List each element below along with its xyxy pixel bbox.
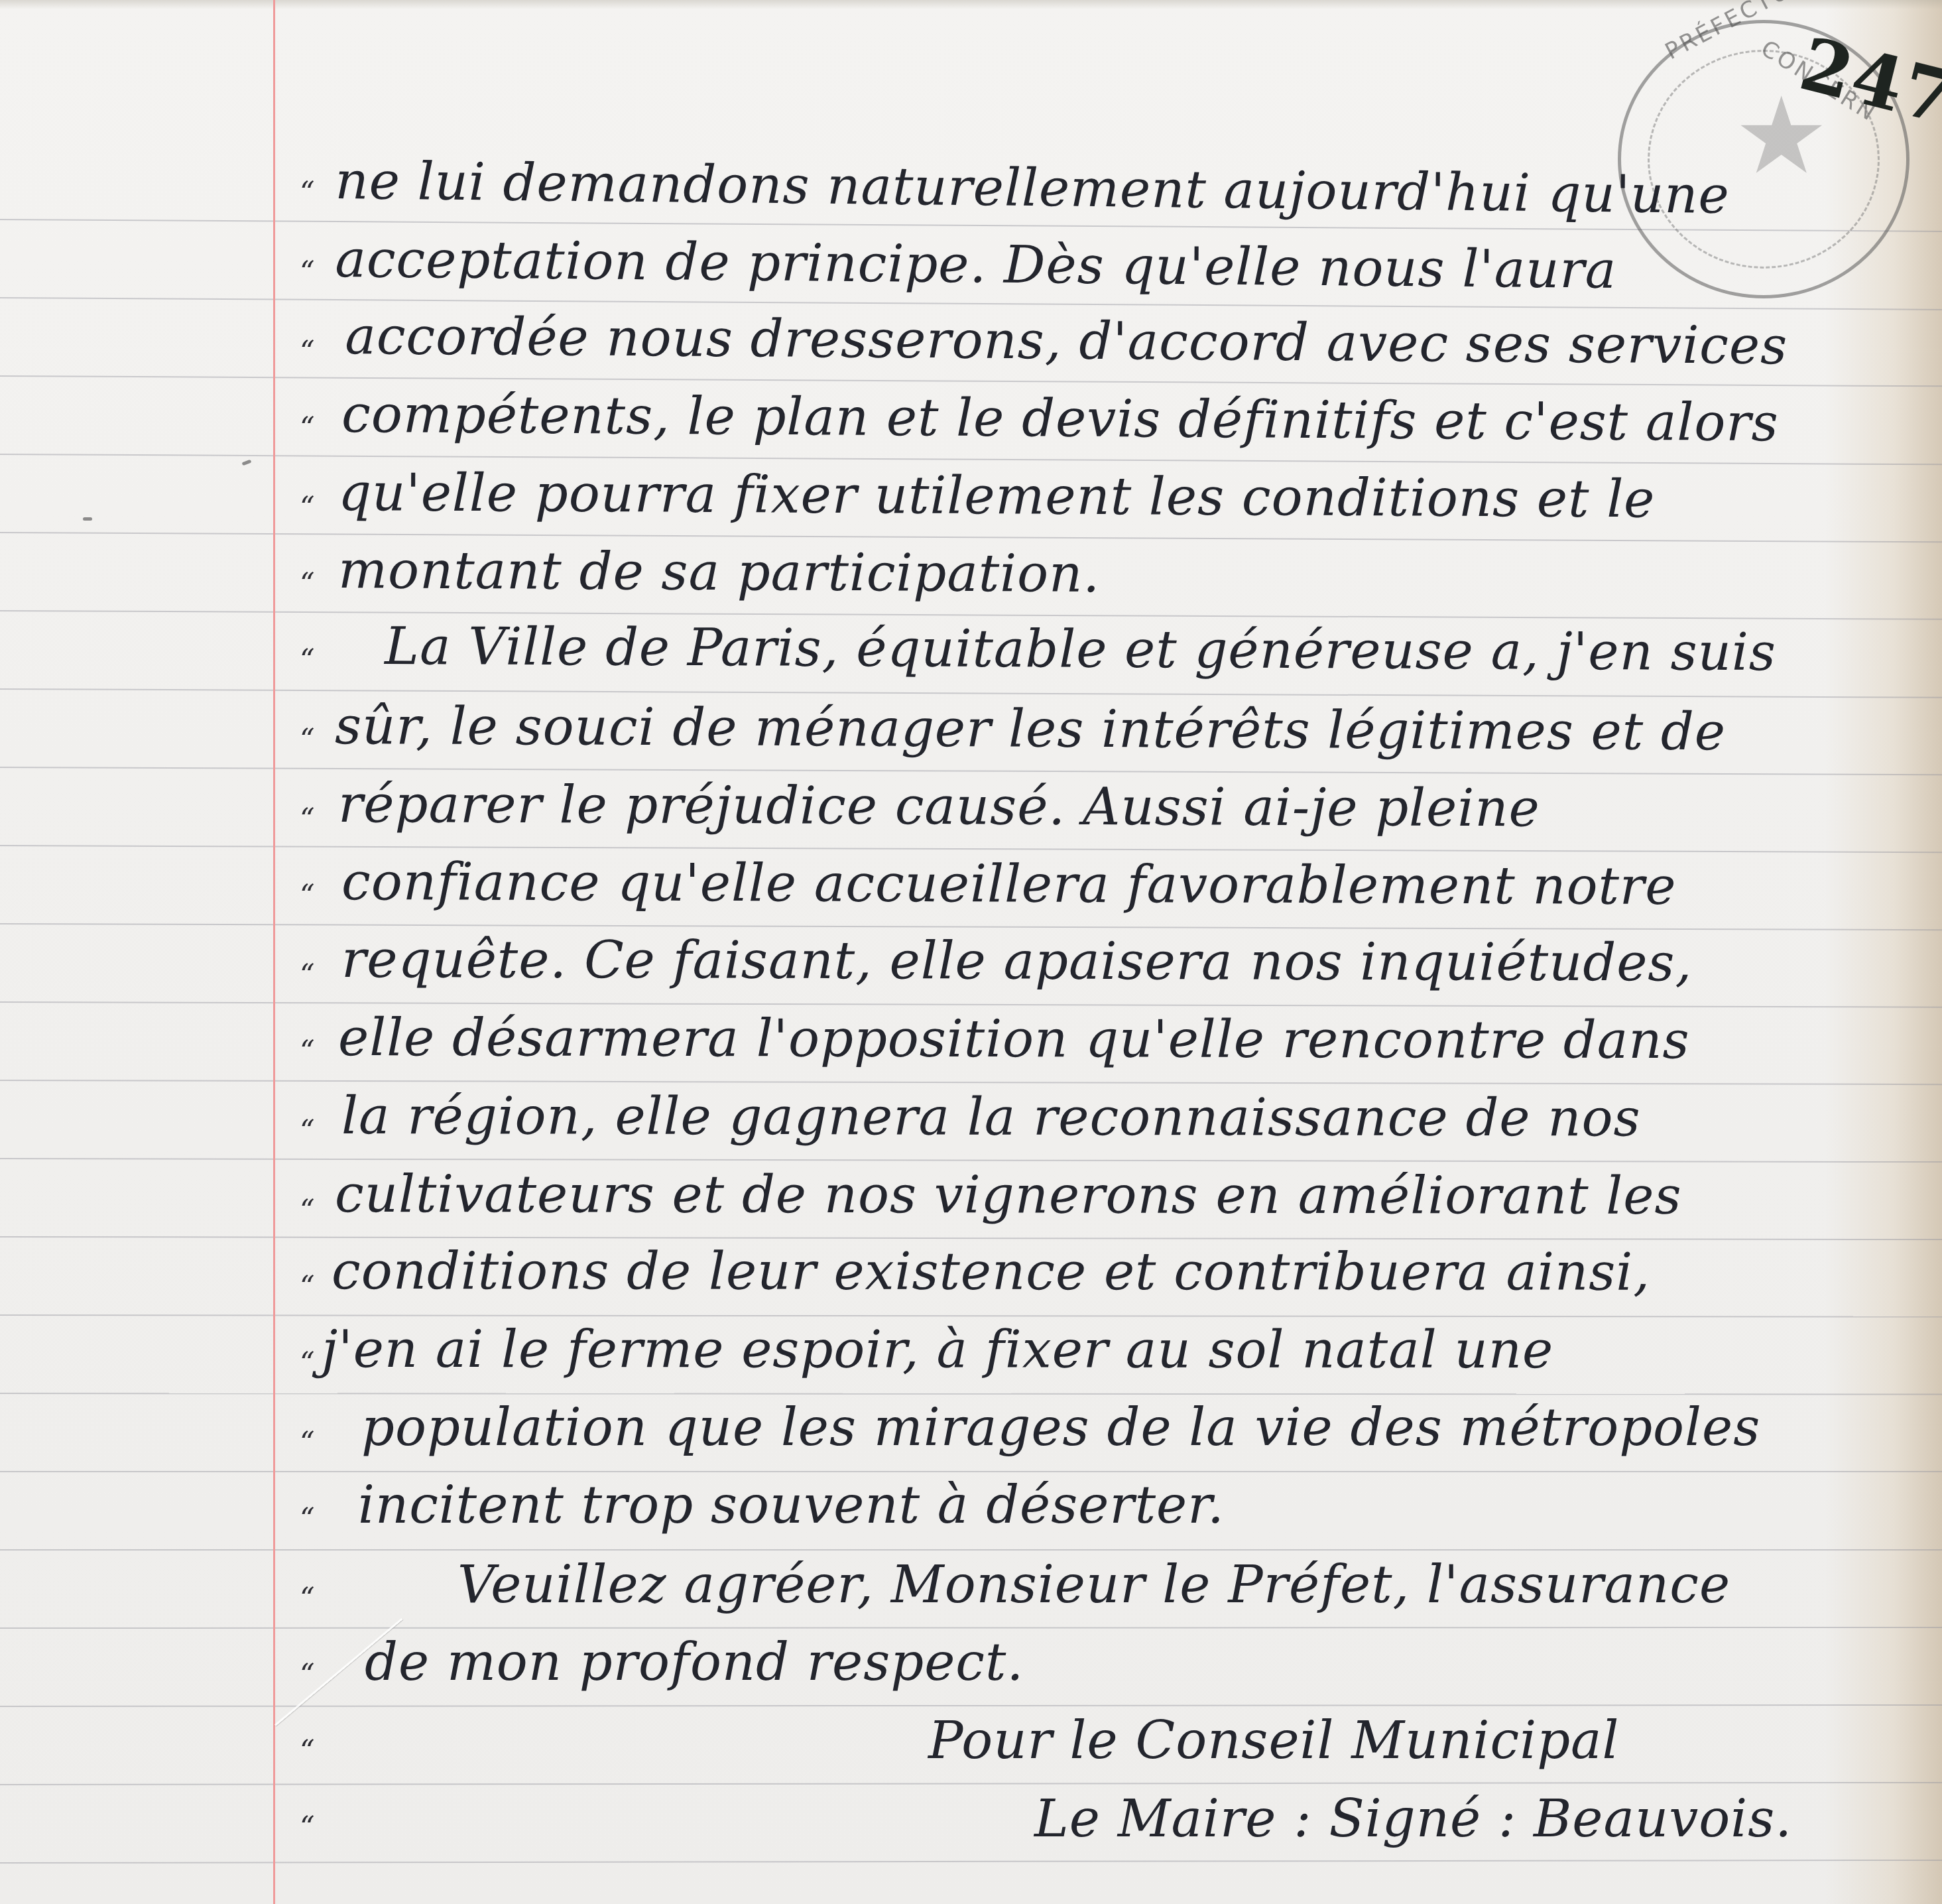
ruled-line (0, 1001, 1942, 1008)
ditto-mark: “ (300, 723, 315, 757)
text-line: la région, elle gagnera la reconnaissanc… (341, 1086, 1641, 1148)
ditto-mark: “ (300, 879, 315, 913)
text-line: La Ville de Paris, équitable et généreus… (385, 617, 1776, 682)
ruled-line (0, 532, 1942, 542)
signature-line-council: Pour le Conseil Municipal (928, 1711, 1620, 1771)
ditto-mark: “ (300, 1658, 315, 1692)
ruled-line (0, 1080, 1942, 1085)
ruled-line (0, 1393, 1942, 1395)
text-line: requête. Ce faisant, elle apaisera nos i… (341, 930, 1692, 993)
ditto-mark: “ (300, 1582, 315, 1616)
page-top-edge (0, 0, 1942, 9)
ruled-line (0, 1471, 1942, 1472)
text-line: ne lui demandons naturellement aujourd'h… (335, 151, 1730, 225)
ruled-line (0, 1860, 1942, 1864)
ruled-line (0, 923, 1942, 930)
ruled-line (0, 845, 1942, 853)
text-line: de mon profond respect. (365, 1633, 1024, 1692)
text-line: Veuillez agréer, Monsieur le Préfet, l'a… (457, 1555, 1730, 1615)
ruled-line (0, 375, 1942, 387)
text-line: qu'elle pourra fixer utilement les condi… (338, 463, 1656, 529)
signature-line-mayor: Le Maire : Signé : Beauvois. (1034, 1789, 1792, 1849)
ditto-mark: “ (300, 176, 315, 210)
ditto-mark: “ (300, 1502, 315, 1536)
ruled-line (0, 1158, 1942, 1163)
ditto-mark: “ (300, 567, 315, 601)
ink-speck (83, 517, 92, 521)
ditto-mark: “ (300, 1114, 315, 1148)
ditto-mark: “ (300, 1270, 315, 1304)
ruled-line (0, 1236, 1942, 1240)
ditto-mark: “ (300, 255, 315, 289)
ruled-line (0, 454, 1942, 465)
text-line: incitent trop souvent à déserter. (358, 1476, 1225, 1535)
text-line: cultivateurs et de nos vignerons en amél… (335, 1165, 1682, 1226)
ruled-line (0, 1704, 1942, 1707)
text-line: j'en ai le ferme espoir, à fixer au sol … (322, 1320, 1553, 1380)
ditto-mark: “ (300, 1426, 315, 1460)
ruled-line (0, 297, 1942, 310)
ditto-mark: “ (300, 1035, 315, 1068)
ditto-mark: “ (300, 491, 315, 525)
text-line: acceptation de principe. Dès qu'elle nou… (335, 229, 1617, 300)
ditto-mark: “ (300, 1734, 315, 1768)
register-page: PRÉFECTURE CONCERN ★ 247 “ “ “ “ “ “ “ “… (0, 0, 1942, 1904)
text-line: confiance qu'elle accueillera favorablem… (341, 852, 1677, 917)
ditto-mark: “ (300, 1346, 315, 1380)
ditto-mark: “ (300, 958, 315, 992)
red-margin-line (273, 0, 275, 1904)
ink-speck (242, 460, 252, 466)
text-line: accordée nous dresserons, d'accord avec … (345, 306, 1788, 376)
text-line: elle désarmera l'opposition qu'elle renc… (338, 1008, 1690, 1070)
ditto-mark: “ (300, 643, 315, 677)
ditto-mark: “ (300, 335, 315, 369)
text-line: conditions de leur existence et contribu… (332, 1241, 1650, 1302)
ruled-line (0, 1314, 1942, 1318)
ditto-mark: “ (300, 802, 315, 836)
ruled-line (0, 688, 1942, 698)
text-line: réparer le préjudice causé. Aussi ai-je … (338, 775, 1540, 838)
text-line: sûr, le souci de ménager les intérêts lé… (335, 696, 1726, 762)
ditto-mark: “ (300, 1810, 315, 1844)
ruled-line (0, 1627, 1942, 1629)
ruled-line (0, 1549, 1942, 1551)
text-line: compétents, le plan et le devis définiti… (341, 385, 1779, 453)
ruled-line (0, 1782, 1942, 1785)
ditto-mark: “ (300, 1194, 315, 1228)
text-line: montant de sa participation. (338, 540, 1100, 604)
ruled-line (0, 767, 1942, 775)
ruled-line (0, 610, 1942, 620)
text-line: population que les mirages de la vie des… (361, 1398, 1760, 1458)
ditto-mark: “ (300, 411, 315, 445)
